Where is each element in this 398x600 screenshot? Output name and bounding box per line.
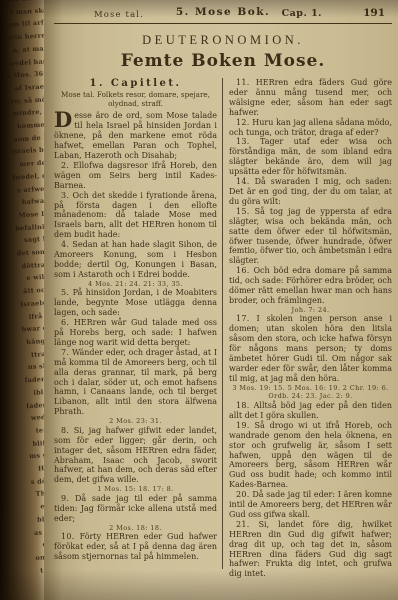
cross-reference: 2 Mos. 18: 18. xyxy=(54,524,217,533)
cross-reference: 3 Mos. 19: 15. 5 Mos. 16: 19. 2 Chr. 19:… xyxy=(229,384,392,401)
verse-number: 14. xyxy=(236,177,250,186)
previous-page-edge: Käre herre t man skall nom til arfwed mi… xyxy=(0,0,44,600)
verse: 12. Huru kan jag allena sådana mödo, och… xyxy=(229,118,392,138)
cross-reference: 4 Mos. 21: 24. 21: 33, 35. xyxy=(54,280,217,289)
verse-number: 3. xyxy=(61,191,69,200)
cross-reference: Joh. 7: 24. xyxy=(229,306,392,315)
verse-text: Alltså böd jag eder på den tiden allt de… xyxy=(229,401,392,420)
verse-text: Huru kan jag allena sådana mödo, och tun… xyxy=(229,118,392,137)
verse: 4. Sedan at han hade slagit Sihon, de Am… xyxy=(54,240,217,280)
verse-text: HERren edra fäders Gud göre eder ännu må… xyxy=(229,78,392,117)
verse-number: 7. xyxy=(61,348,69,357)
verse-number: 8. xyxy=(61,426,69,435)
cross-reference: 2 Mos. 23: 31. xyxy=(54,417,217,426)
verse-number: 5. xyxy=(61,288,69,297)
text-columns: 1. Capitlet. Mose tal. Folkets resor, do… xyxy=(54,78,392,579)
verse: 5. På hinsidon Jordan, i de Moabiters la… xyxy=(54,288,217,318)
verse-text: Då sade jag til eder på samma tiden: Jag… xyxy=(54,494,217,523)
verse-number: 12. xyxy=(236,118,250,127)
book-subtitle: Femte Boken Mose. xyxy=(54,51,392,71)
verse-number: 4. xyxy=(61,240,69,249)
verse-number: 19. xyxy=(236,421,250,430)
book-page: Mose tal. 5. Mose Bok. Cap. 1. 191 DEUTE… xyxy=(44,0,398,600)
verse: 19. Så drogo wi ut ifrå Horeb, och wandr… xyxy=(229,421,392,490)
verse-text: Tager utaf eder wisa och förståndiga män… xyxy=(229,137,392,176)
verse-text: Ellofwa dagsresor ifrå Horeb, den wägen … xyxy=(54,161,217,190)
verse-number: 16. xyxy=(236,266,250,275)
verse: 15. Så tog jag de yppersta af edra slägt… xyxy=(229,207,392,266)
verse-text: HERren wår Gud talade med oss på Horebs … xyxy=(54,318,217,347)
verse-text: I skolen ingen person anse i domen; utan… xyxy=(229,314,392,382)
chapter-heading: 1. Capitlet. xyxy=(54,78,217,89)
running-head-chapter: Cap. 1. xyxy=(282,8,322,19)
verse-text: Och böd edra domare på samma tid, och sa… xyxy=(229,266,392,305)
verse-number: 11. xyxy=(236,78,250,87)
drop-cap-initial: D xyxy=(54,111,74,129)
left-verse-list: 2. Ellofwa dagsresor ifrå Horeb, den wäg… xyxy=(54,161,217,562)
gutter-text-column: Käre herre t man skall nom til arfwed mi… xyxy=(1,0,44,590)
gutter-text-fragment: fwedel, der h xyxy=(12,168,44,184)
verse: 13. Tager utaf eder wisa och förståndiga… xyxy=(229,137,392,177)
gutter-text-fragment: det som HER xyxy=(17,244,44,260)
verse: 21. Si, landet före dig, hwilket HERren … xyxy=(229,520,392,579)
verse-text: Förty HERren eder Gud hafwer förökat ede… xyxy=(54,532,217,561)
verse: 16. Och böd edra domare på samma tid, oc… xyxy=(229,266,392,306)
verse-text: Då sade jag til eder: I ären komne intil… xyxy=(229,490,392,519)
running-head-book-title: 5. Mose Bok. xyxy=(54,6,392,18)
verse: 10. Förty HERren eder Gud hafwer förökat… xyxy=(54,532,217,562)
book-photo: Käre herre t man skall nom til arfwed mi… xyxy=(0,0,398,600)
verse: 6. HERren wår Gud talade med oss på Hore… xyxy=(54,318,217,348)
cross-reference: 1 Mos. 15: 18. 17: 8. xyxy=(54,485,217,494)
verse-text: Wänder eder, och drager åstad, at I må k… xyxy=(54,348,217,416)
verse: 7. Wänder eder, och drager åstad, at I m… xyxy=(54,348,217,417)
verse-text: Så tog jag de yppersta af edra slägter, … xyxy=(229,207,392,266)
verse-number: 10. xyxy=(61,532,75,541)
verse-number: 17. xyxy=(236,314,250,323)
book-main-title: DEUTERONOMION. xyxy=(54,33,392,48)
verse-number: 13. xyxy=(236,137,250,146)
verse: 8. Si, jag hafwer gifwit eder landet, so… xyxy=(54,426,217,485)
verse-text: Si, jag hafwer gifwit eder landet, som f… xyxy=(54,426,217,485)
verse-text: Och det skedde i fyrationde årena, på fö… xyxy=(54,191,217,240)
right-verse-list: 11. HERren edra fäders Gud göre eder änn… xyxy=(229,78,392,579)
verse-number: 20. xyxy=(236,490,250,499)
verse-number: 9. xyxy=(61,494,69,503)
verse-text: Si, landet före dig, hwilket HERren din … xyxy=(229,520,392,579)
verse: Desse äro de ord, som Mose talade til he… xyxy=(54,111,217,161)
verse-text: Då swaraden I mig, och saden: Det är en … xyxy=(229,177,392,206)
verse: 14. Då swaraden I mig, och saden: Det är… xyxy=(229,177,392,207)
verse-text: På hinsidon Jordan, i de Moabiters lande… xyxy=(54,288,217,317)
verse-text: Så drogo wi ut ifrå Horeb, och wandrade … xyxy=(229,421,392,489)
right-column: 11. HERren edra fäders Gud göre eder änn… xyxy=(223,78,392,579)
verse-text: Sedan at han hade slagit Sihon, de Amore… xyxy=(54,240,217,279)
verse-number: 2. xyxy=(61,161,69,170)
verse-number: 21. xyxy=(236,520,250,529)
verse-number: 18. xyxy=(236,401,250,410)
chapter-summary: Mose tal. Folkets resor, domare, spejare… xyxy=(54,91,217,108)
verse-number: 15. xyxy=(236,207,250,216)
verse: 18. Alltså böd jag eder på den tiden all… xyxy=(229,401,392,421)
running-head: Mose tal. 5. Mose Bok. Cap. 1. 191 xyxy=(54,5,392,22)
header-rule xyxy=(54,23,392,24)
verse: 2. Ellofwa dagsresor ifrå Horeb, den wäg… xyxy=(54,161,217,191)
gutter-text-fragment: ätt och slägt xyxy=(19,282,44,298)
verse-number: 6. xyxy=(61,318,69,327)
gutter-text-fragment: Mose Israels xyxy=(14,206,44,222)
verse: 9. Då sade jag til eder på samma tiden: … xyxy=(54,494,217,524)
page-number: 191 xyxy=(363,7,385,19)
verse-text: esse äro de ord, som Mose talade til hel… xyxy=(54,111,217,160)
verse: 11. HERren edra fäders Gud göre eder änn… xyxy=(229,78,392,118)
verse: 20. Då sade jag til eder: I ären komne i… xyxy=(229,490,392,520)
verse: 17. I skolen ingen person anse i domen; … xyxy=(229,314,392,383)
left-column: 1. Capitlet. Mose tal. Folkets resor, do… xyxy=(54,78,222,579)
verse: 3. Och det skedde i fyrationde årena, på… xyxy=(54,191,217,241)
